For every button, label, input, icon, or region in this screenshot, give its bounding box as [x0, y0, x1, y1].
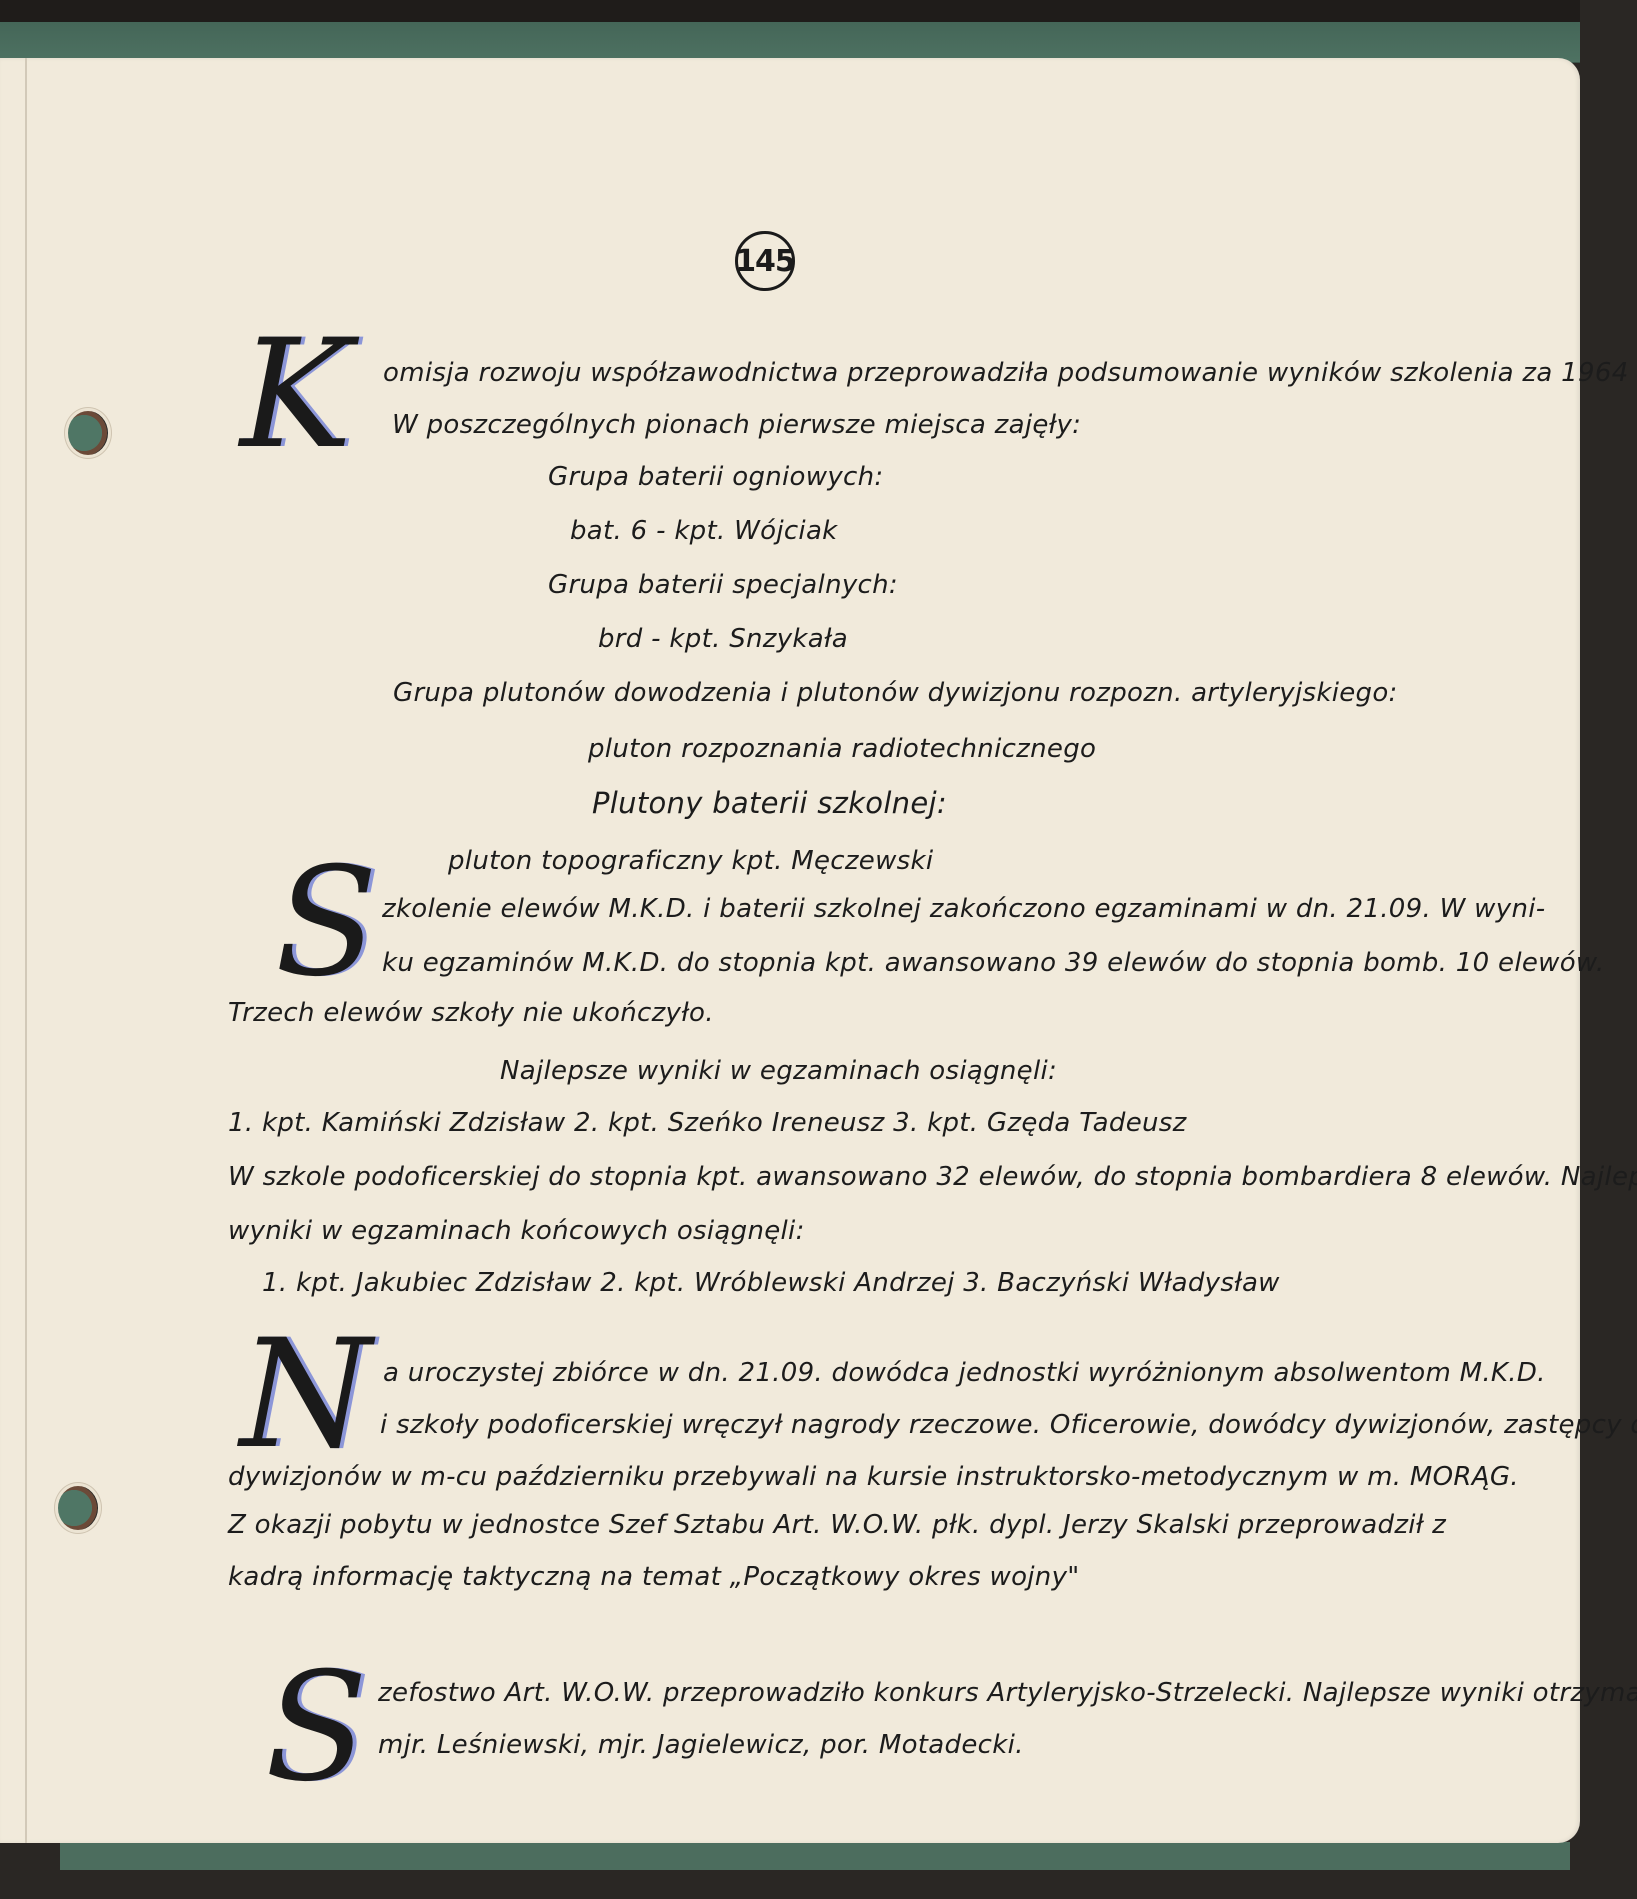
binding-hole-icon: [68, 411, 108, 455]
decorated-initial-s: S: [275, 848, 378, 998]
text-line: kadrą informację taktyczną na temat „Poc…: [228, 1562, 1080, 1592]
text-line: a uroczystej zbiórce w dn. 21.09. dowódc…: [383, 1358, 1546, 1388]
decorated-initial-k: K: [240, 320, 352, 470]
decorated-initial-s: S: [265, 1653, 368, 1803]
page-number: 145: [735, 231, 795, 291]
binding-hole-icon: [58, 1486, 98, 1530]
binding-fold: [25, 58, 27, 1843]
text-line: wyniki w egzaminach końcowych osiągnęli:: [228, 1216, 805, 1246]
subheading: Plutony baterii szkolnej:: [592, 786, 947, 820]
text-line: 1. kpt. Kamiński Zdzisław 2. kpt. Szeńko…: [228, 1108, 1187, 1138]
text-line: mjr. Leśniewski, mjr. Jagielewicz, por. …: [378, 1730, 1024, 1760]
text-line: pluton topograficzny kpt. Męczewski: [448, 846, 933, 876]
book-cover-bottom-edge: [60, 1842, 1570, 1870]
subheading: Najlepsze wyniki w egzaminach osiągnęli:: [500, 1056, 1057, 1086]
subheading: Grupa baterii specjalnych:: [548, 570, 898, 600]
text-line: ku egzaminów M.K.D. do stopnia kpt. awan…: [382, 948, 1604, 978]
text-line: brd - kpt. Snzykała: [598, 624, 848, 654]
text-line: Trzech elewów szkoły nie ukończyło.: [228, 998, 714, 1028]
text-line: 1. kpt. Jakubiec Zdzisław 2. kpt. Wróble…: [262, 1268, 1280, 1298]
subheading: Grupa baterii ogniowych:: [548, 462, 883, 492]
text-line: i szkoły podoficerskiej wręczył nagrody …: [380, 1410, 1637, 1440]
text-line: dywizjonów w m-cu październiku przebywal…: [228, 1462, 1519, 1492]
text-line: W szkole podoficerskiej do stopnia kpt. …: [228, 1162, 1637, 1192]
book-cover-top-edge: [0, 0, 1580, 63]
text-line: omisja rozwoju współzawodnictwa przeprow…: [383, 358, 1637, 388]
decorated-initial-n: N: [240, 1320, 371, 1470]
text-line: W poszczególnych pionach pierwsze miejsc…: [392, 410, 1081, 440]
text-line: bat. 6 - kpt. Wójciak: [570, 516, 838, 546]
text-line: zkolenie elewów M.K.D. i baterii szkolne…: [382, 894, 1545, 924]
subheading: Grupa plutonów dowodzenia i plutonów dyw…: [393, 678, 1398, 708]
text-line: zefostwo Art. W.O.W. przeprowadziło konk…: [378, 1678, 1637, 1708]
text-line: pluton rozpoznania radiotechnicznego: [588, 734, 1096, 764]
text-line: Z okazji pobytu w jednostce Szef Sztabu …: [228, 1510, 1446, 1540]
document-page: 145 K omisja rozwoju współzawodnictwa pr…: [0, 58, 1580, 1843]
